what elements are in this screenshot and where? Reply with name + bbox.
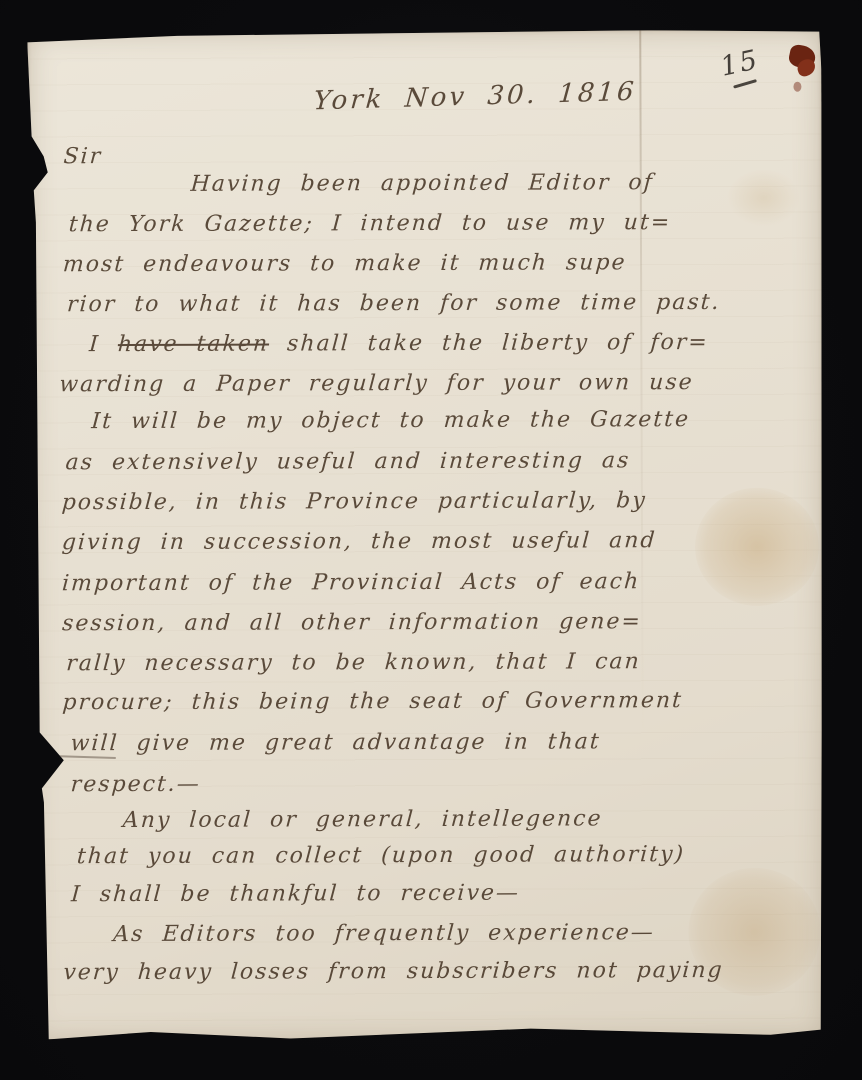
letter-line: that you can collect (upon good authorit…: [76, 842, 686, 869]
letter-line: very heavy losses from subscribers not p…: [63, 958, 725, 985]
letter-line: session, and all other information gene=: [61, 609, 642, 636]
foxing-stain-small: [728, 170, 800, 226]
letter-line: as extensively useful and interesting as: [65, 448, 631, 475]
letter-line: important of the Provincial Acts of each: [61, 569, 641, 596]
letter-line: rior to what it has been for some time p…: [66, 290, 721, 317]
line-segment: shall take the liberty of for=: [268, 330, 709, 357]
letter-line: I shall be thankful to receive—: [70, 881, 520, 908]
letter-line: giving in succession, the most useful an…: [61, 528, 657, 555]
letter-line: Having been appointed Editor of: [190, 170, 655, 197]
letter-line: warding a Paper regularly for your own u…: [59, 370, 695, 397]
dateline: York Nov 30. 1816: [313, 77, 638, 117]
letter-line: the York Gazette; I intend to use my ut=: [68, 210, 672, 237]
letter-line: respect.—: [70, 772, 202, 797]
letter-page: 15 York Nov 30. 1816 Sir Having been app…: [27, 30, 825, 1043]
underline-mark: [733, 79, 757, 89]
letter-line: most endeavours to make it much supe: [62, 250, 627, 277]
page-number-text: 15: [718, 44, 762, 82]
letter-line: possible, in this Province particularly,…: [61, 488, 648, 515]
salutation: Sir: [63, 144, 103, 169]
letter-line: procure; this being the seat of Governme…: [62, 688, 684, 715]
wax-blob: [793, 82, 801, 92]
letter-line-with-correction: I have taken shall take the liberty of f…: [88, 330, 709, 357]
page-number-annotation: 15: [718, 44, 764, 89]
wax-seal-residue-icon: [787, 44, 821, 96]
letter-line: Any local or general, intellegence: [122, 806, 603, 833]
letter-line: It will be my object to make the Gazette: [91, 407, 691, 434]
photo-background: 15 York Nov 30. 1816 Sir Having been app…: [0, 0, 862, 1080]
line-segment: I: [88, 332, 118, 357]
foxing-stain-upper: [695, 488, 819, 606]
letter-line: rally necessary to be known, that I can: [65, 649, 641, 676]
letter-line: will give me great advantage in that: [70, 729, 602, 756]
letter-line: As Editors too frequently experience—: [112, 920, 655, 947]
struck-out-text: have taken: [117, 332, 270, 358]
